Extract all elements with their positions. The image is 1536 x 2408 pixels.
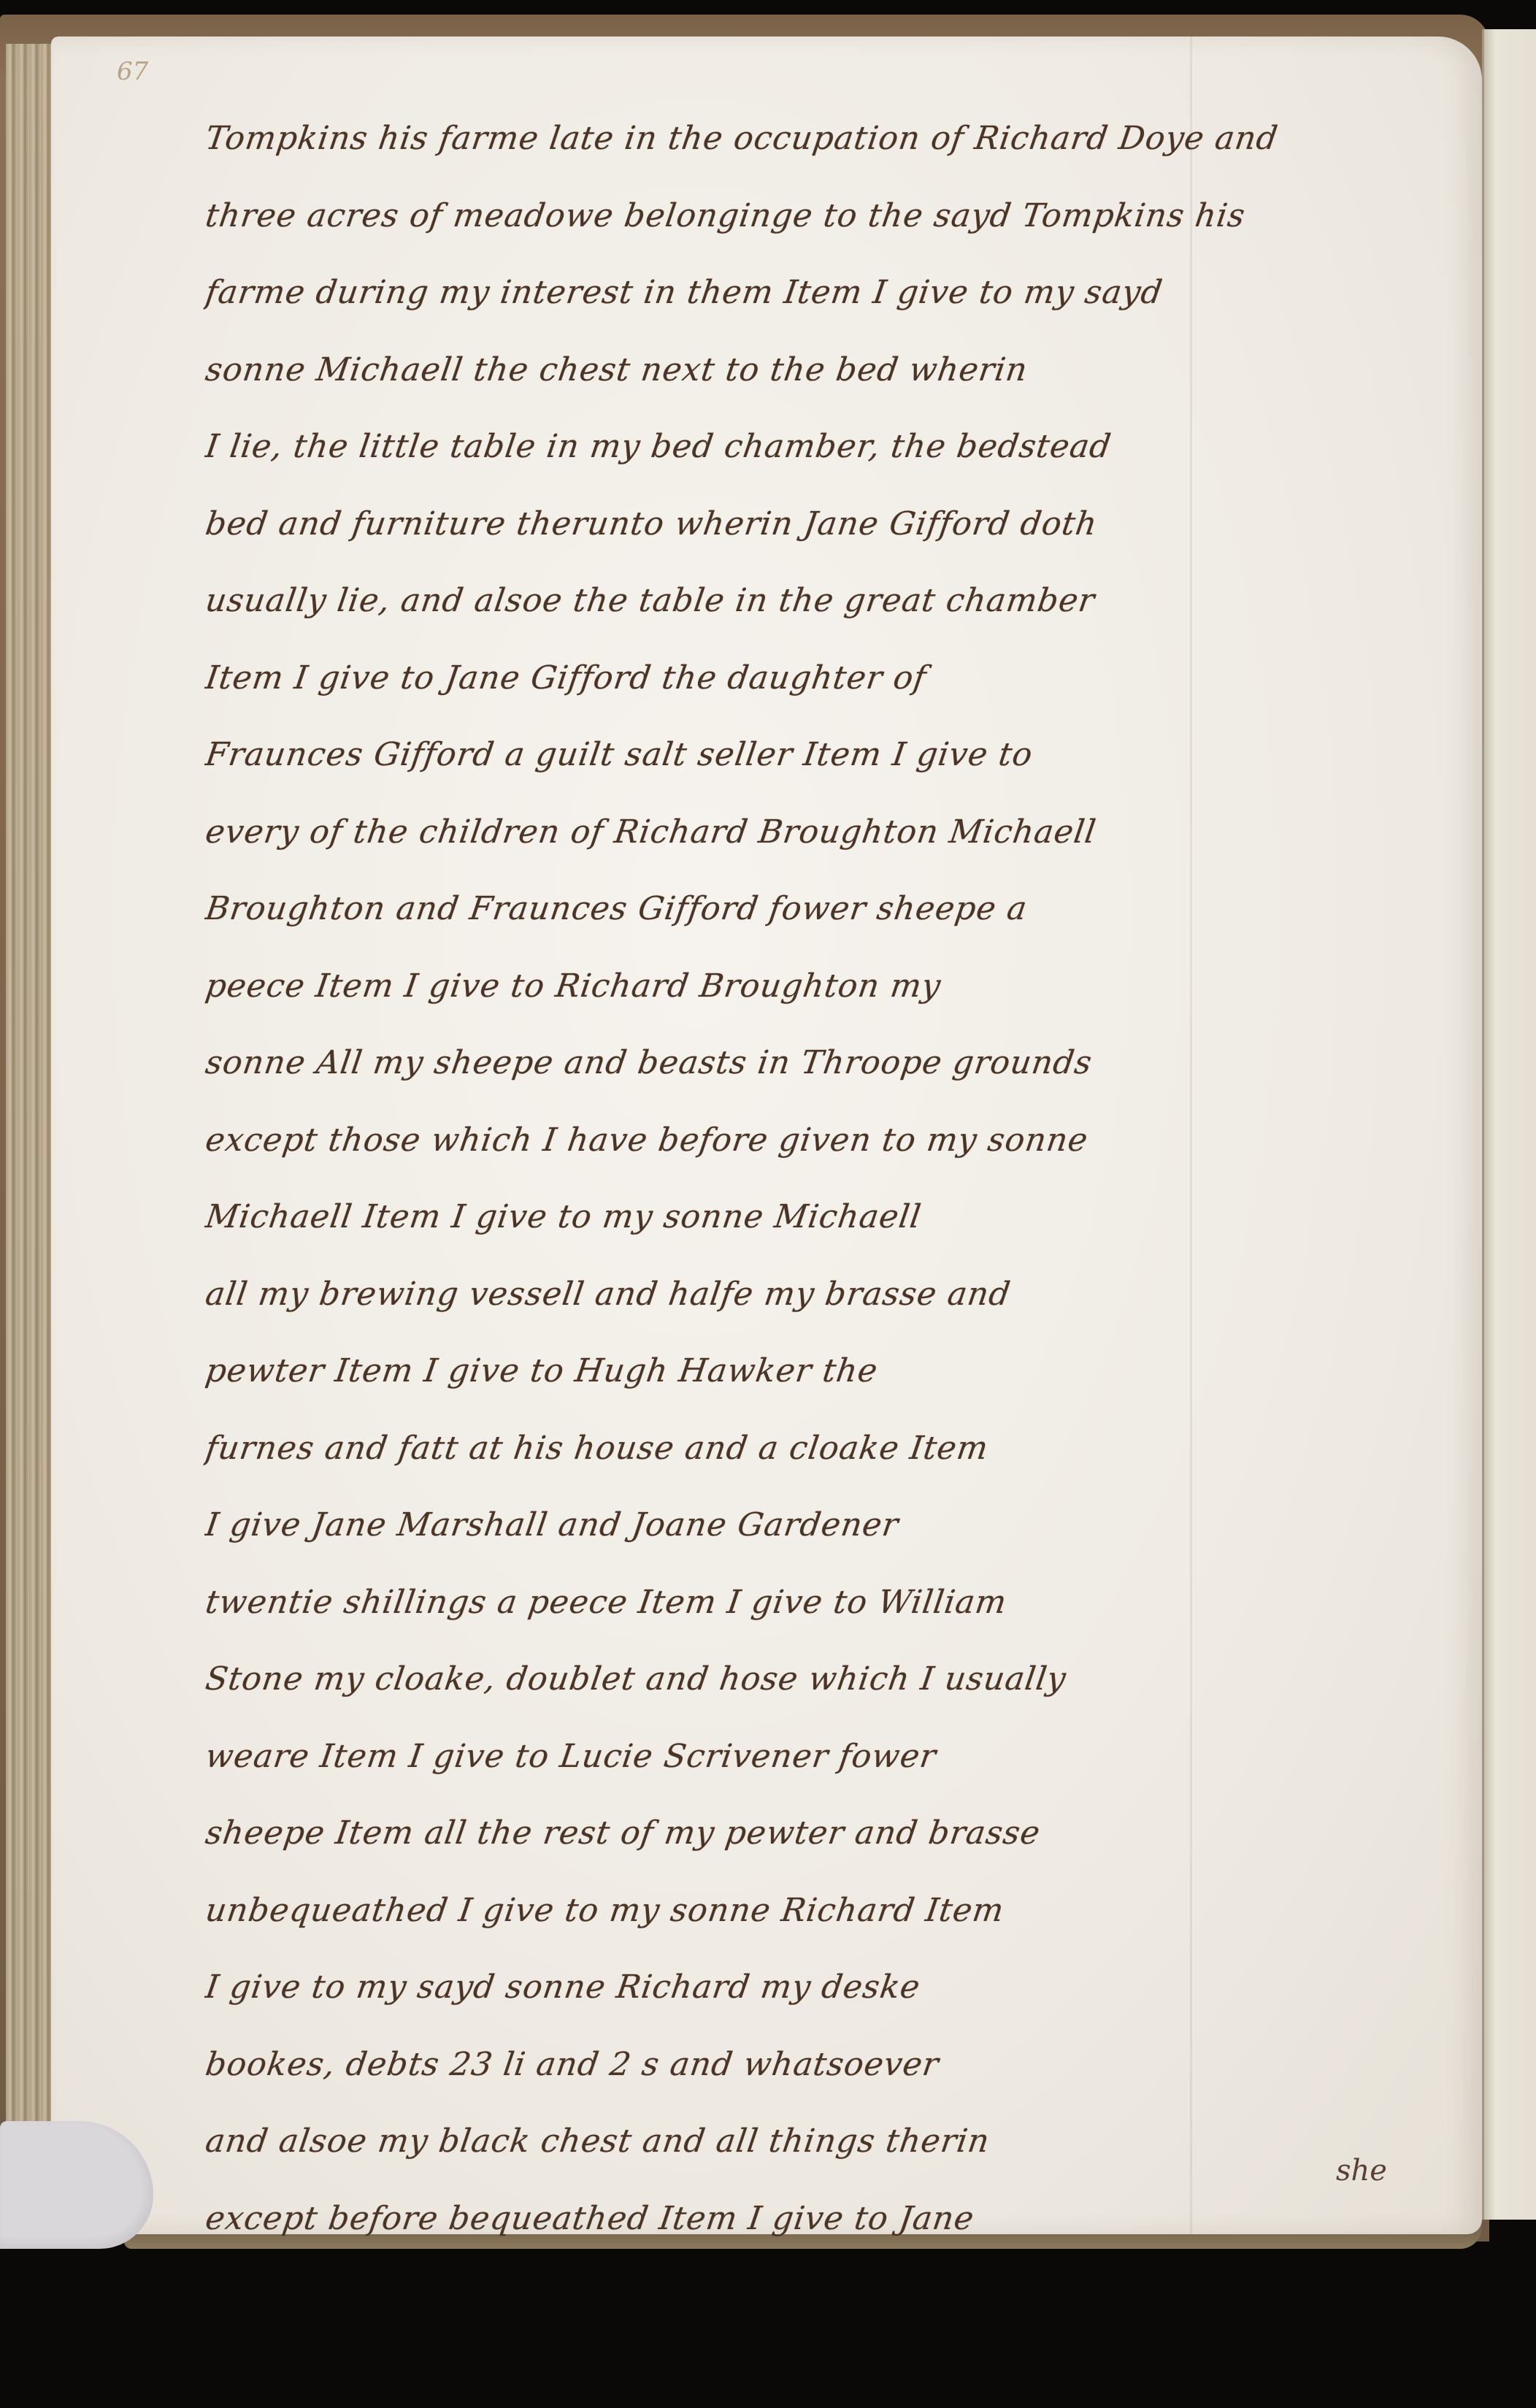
manuscript-line: farme during my interest in them Item I … bbox=[199, 264, 1466, 341]
catchword: she bbox=[1336, 2154, 1387, 2187]
book-fore-edge bbox=[6, 44, 57, 2220]
manuscript-line: I lie, the little table in my bed chambe… bbox=[199, 418, 1466, 495]
manuscript-line: unbequeathed I give to my sonne Richard … bbox=[199, 1882, 1466, 1959]
manuscript-text-block: Tompkins his farme late in the occupatio… bbox=[204, 110, 1460, 2266]
manuscript-line: Fraunces Gifford a guilt salt seller Ite… bbox=[199, 726, 1466, 803]
manuscript-line: except before bequeathed Item I give to … bbox=[199, 2190, 1466, 2267]
manuscript-line: peece Item I give to Richard Broughton m… bbox=[199, 957, 1466, 1035]
manuscript-line: bed and furniture therunto wherin Jane G… bbox=[199, 495, 1466, 572]
manuscript-line: sonne Michaell the chest next to the bed… bbox=[199, 341, 1466, 418]
folio-mark: 67 bbox=[117, 57, 148, 86]
manuscript-line: bookes, debts 23 li and 2 s and whatsoev… bbox=[199, 2036, 1466, 2113]
manuscript-line: all my brewing vessell and halfe my bras… bbox=[199, 1265, 1466, 1343]
manuscript-line: usually lie, and alsoe the table in the … bbox=[199, 572, 1466, 649]
manuscript-line: Item I give to Jane Gifford the daughter… bbox=[199, 649, 1466, 726]
manuscript-line: weare Item I give to Lucie Scrivener fow… bbox=[199, 1728, 1466, 1805]
manuscript-line: except those which I have before given t… bbox=[199, 1111, 1466, 1189]
facing-page-edge bbox=[1482, 29, 1536, 2220]
manuscript-line: Stone my cloake, doublet and hose which … bbox=[199, 1650, 1466, 1728]
manuscript-line: every of the children of Richard Brought… bbox=[199, 803, 1466, 881]
manuscript-line: and alsoe my black chest and all things … bbox=[199, 2112, 1466, 2190]
manuscript-line: furnes and fatt at his house and a cloak… bbox=[199, 1419, 1466, 1497]
manuscript-line: Broughton and Fraunces Gifford fower she… bbox=[199, 880, 1466, 957]
manuscript-line: Michaell Item I give to my sonne Michael… bbox=[199, 1188, 1466, 1265]
manuscript-line: I give to my sayd sonne Richard my deske bbox=[199, 1958, 1466, 2036]
manuscript-line: pewter Item I give to Hugh Hawker the bbox=[199, 1342, 1466, 1419]
manuscript-line: three acres of meadowe belonginge to the… bbox=[199, 187, 1466, 264]
manuscript-line: twentie shillings a peece Item I give to… bbox=[199, 1573, 1466, 1651]
manuscript-line: Tompkins his farme late in the occupatio… bbox=[199, 110, 1466, 187]
manuscript-line: sheepe Item all the rest of my pewter an… bbox=[199, 1804, 1466, 1882]
manuscript-line: I give Jane Marshall and Joane Gardener bbox=[199, 1496, 1466, 1573]
manuscript-line: sonne All my sheepe and beasts in Throop… bbox=[199, 1034, 1466, 1111]
